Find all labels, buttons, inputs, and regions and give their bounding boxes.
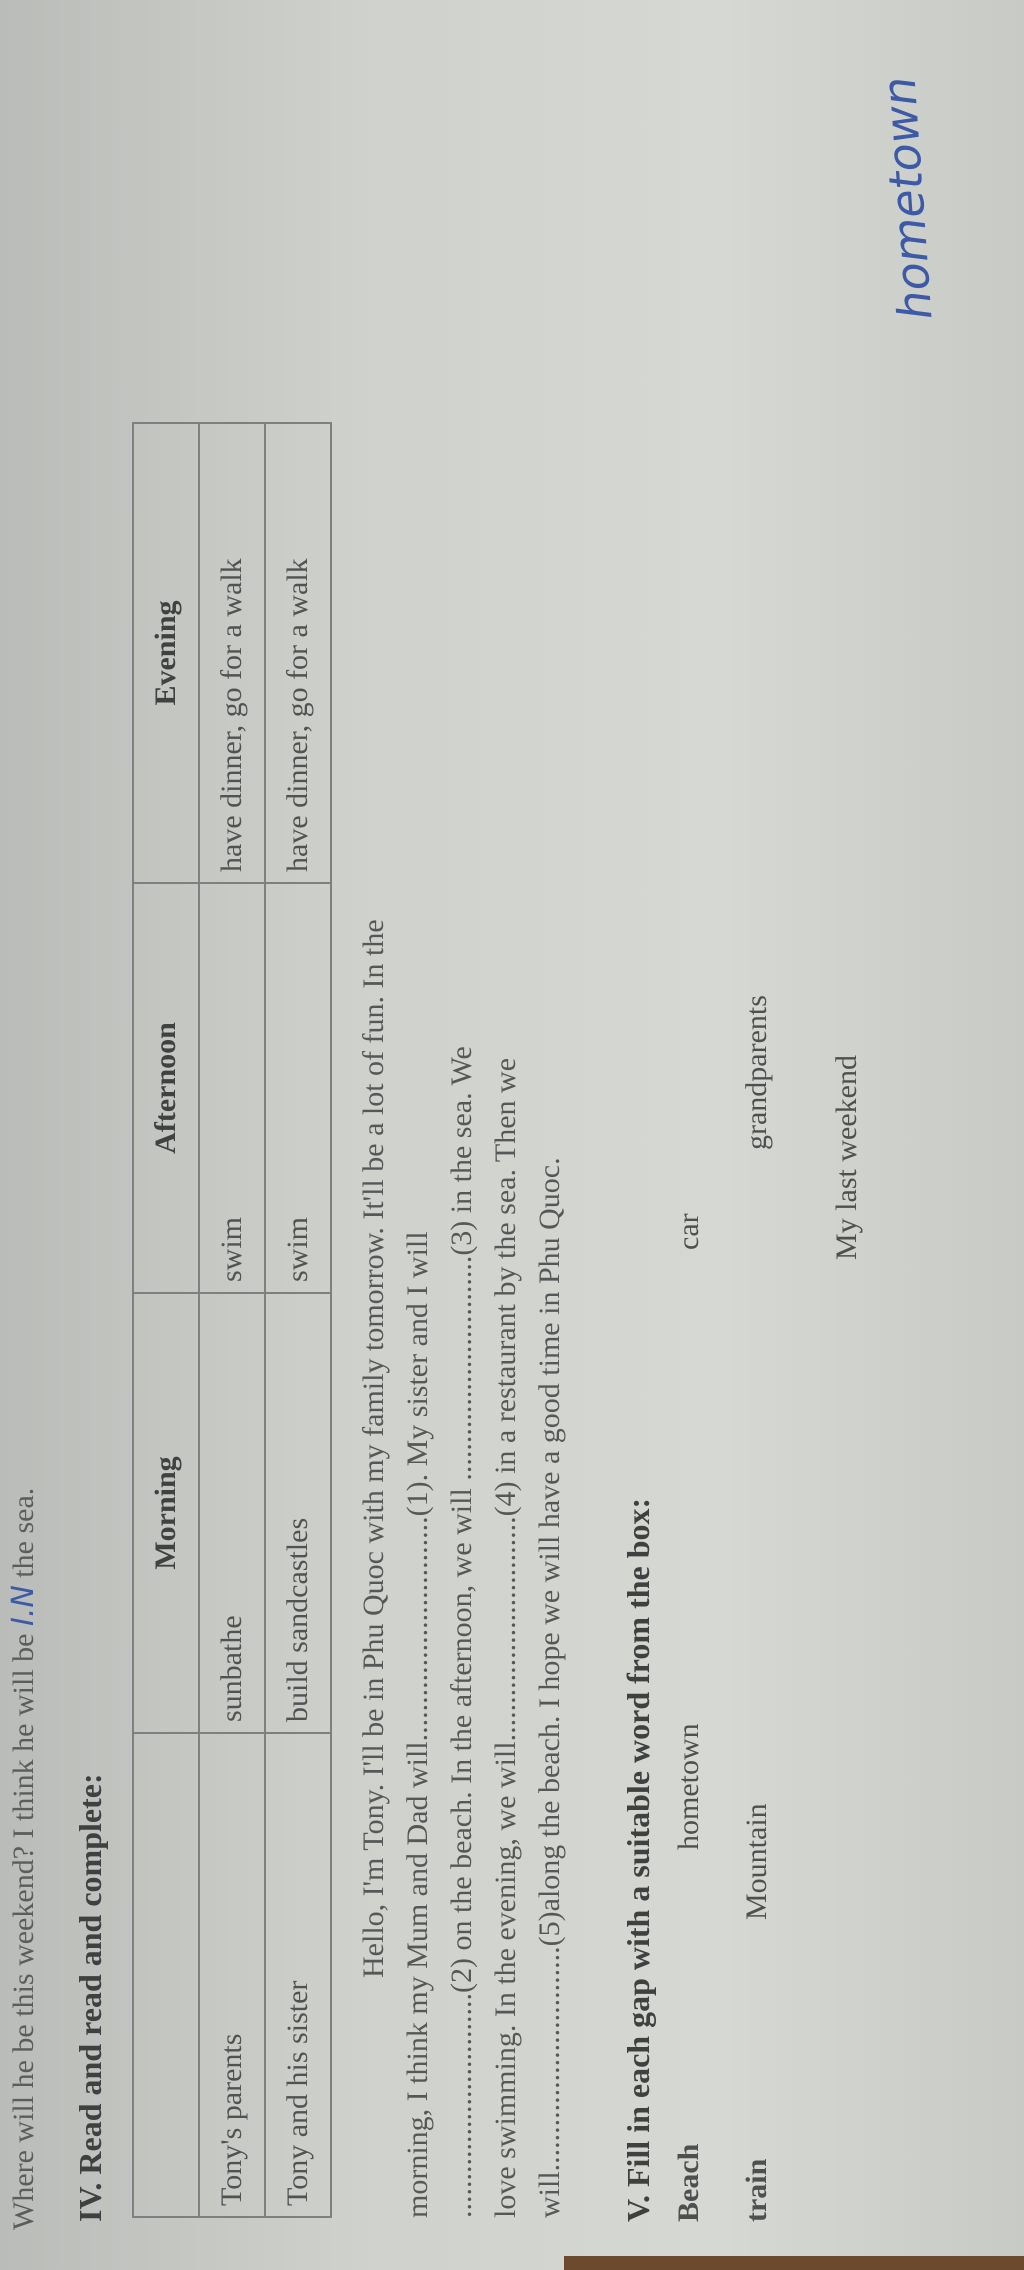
box-subtitle: My last weekend	[830, 1055, 864, 1260]
section-iv-title: IV. Read and read and complete:	[72, 1773, 109, 2222]
table-row: Tony's parents sunbathe swim have dinner…	[199, 423, 265, 2217]
previous-question-end: the sea.	[7, 1488, 40, 1578]
schedule-table: Morning Afternoon Evening Tony's parents…	[132, 422, 332, 2218]
handwritten-answer: I.N	[6, 1585, 41, 1626]
passage-line: ..............................(2) on the…	[440, 318, 484, 2218]
word-mountain: Mountain	[740, 1803, 774, 1920]
passage-line: morning, I think my Mum and Dad will....…	[396, 318, 440, 2218]
table-row: Tony and his sister build sandcastles sw…	[265, 423, 331, 2217]
header-morning: Morning	[133, 1293, 199, 1733]
row-label: Tony and his sister	[265, 1733, 331, 2217]
row-label: Tony's parents	[199, 1733, 265, 2217]
section-v-title: V. Fill in each gap with a suitable word…	[620, 1498, 657, 2222]
word-grandparents: grandparents	[740, 995, 774, 1150]
word-beach: Beach	[672, 2144, 706, 2222]
passage-line: Hello, I'm Tony. I'll be in Phu Quoc wit…	[352, 318, 396, 2218]
table-header-row: Morning Afternoon Evening	[133, 423, 199, 2217]
cell-evening: have dinner, go for a walk	[265, 423, 331, 883]
cell-evening: have dinner, go for a walk	[199, 423, 265, 883]
cell-afternoon: swim	[265, 883, 331, 1293]
worksheet: Where will he be this weekend? I think h…	[0, 0, 1024, 2270]
cell-morning: sunbathe	[199, 1293, 265, 1733]
header-empty	[133, 1733, 199, 2217]
passage-line: will..............................(5)alo…	[528, 318, 572, 2218]
cell-afternoon: swim	[199, 883, 265, 1293]
header-evening: Evening	[133, 423, 199, 883]
previous-question: Where will he be this weekend? I think h…	[6, 1488, 41, 2230]
header-afternoon: Afternoon	[133, 883, 199, 1293]
word-car: car	[672, 1213, 706, 1250]
passage-line: love swimming. In the evening, we will..…	[484, 318, 528, 2218]
word-hometown: hometown	[672, 1723, 706, 1850]
previous-question-text: Where will he be this weekend? I think h…	[7, 1634, 40, 2230]
handwritten-hometown: hometown	[872, 75, 943, 322]
word-train: train	[740, 2159, 774, 2222]
cell-morning: build sandcastles	[265, 1293, 331, 1733]
passage: Hello, I'm Tony. I'll be in Phu Quoc wit…	[352, 318, 572, 2218]
